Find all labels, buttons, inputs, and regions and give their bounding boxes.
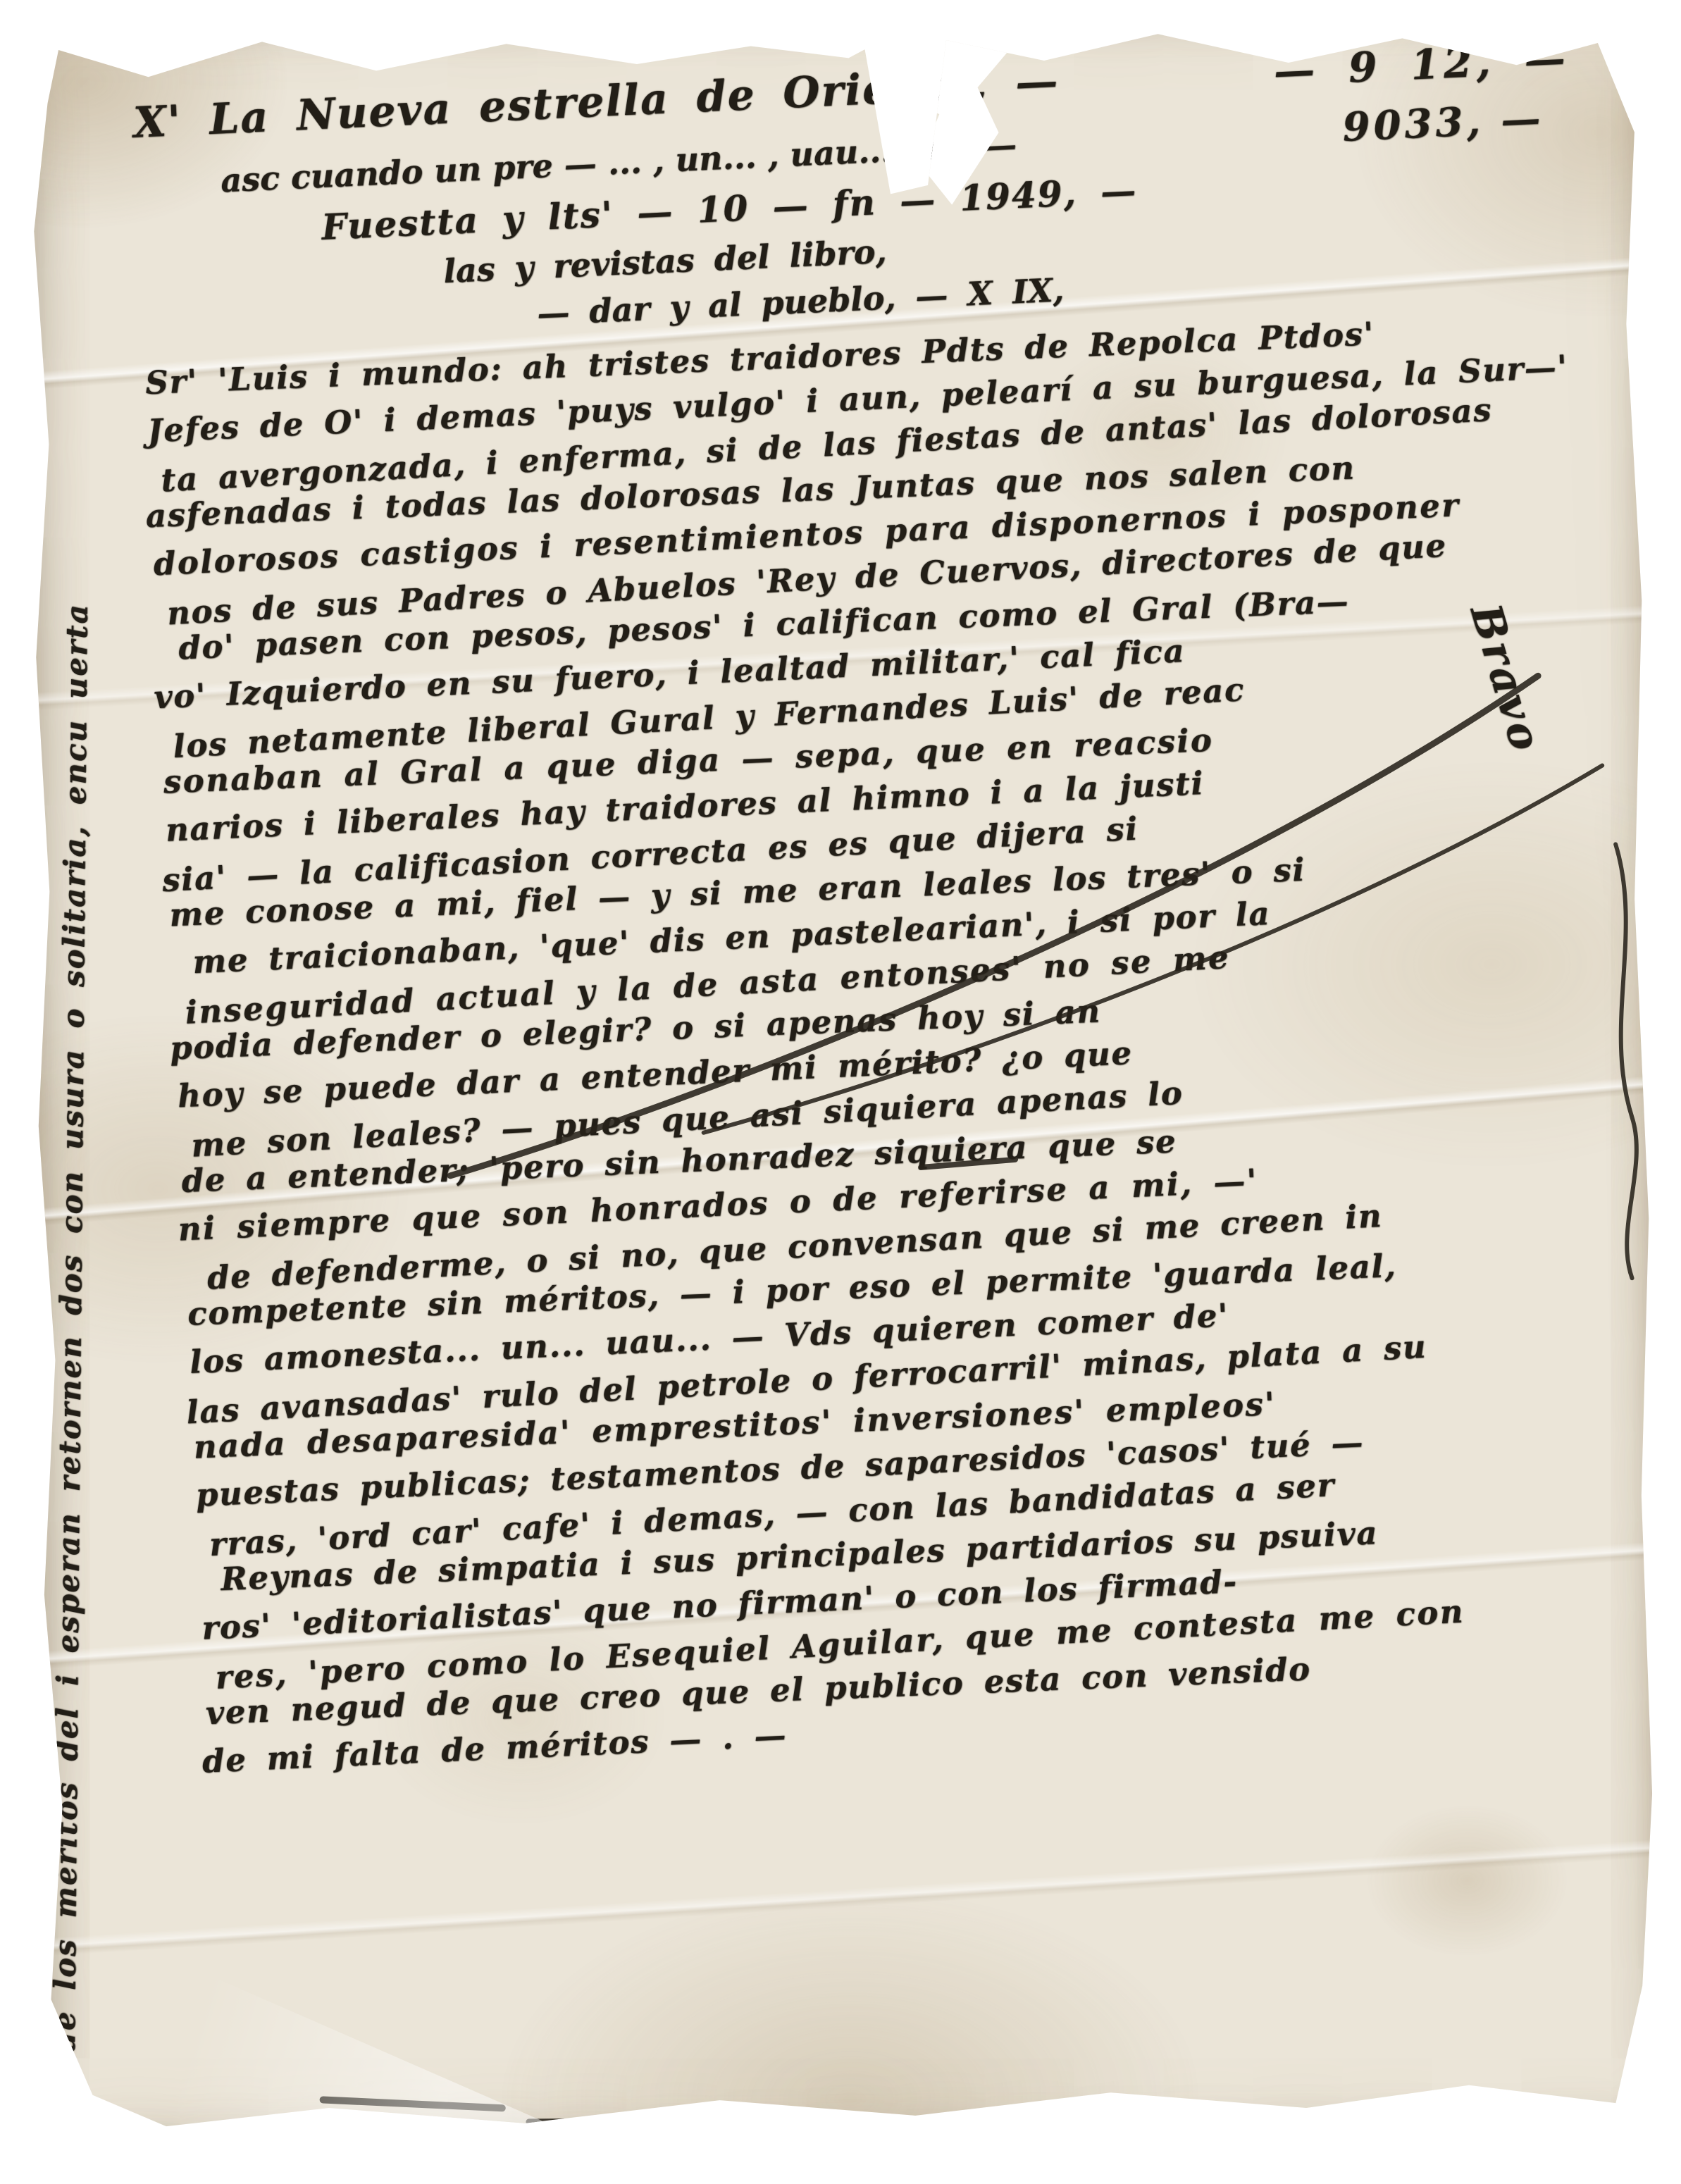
letter-page: X' La Nueva estrella de Oriente, — — 9 1… xyxy=(18,4,1665,2149)
scan-background: X' La Nueva estrella de Oriente, — — 9 1… xyxy=(0,0,1681,2184)
header-number-912: — 9 12, — xyxy=(1272,24,1571,105)
letter-body: Sr' 'Luis i mundo: ah tristes traidores … xyxy=(144,299,1644,1783)
header-number-9033: 9033, — xyxy=(1341,93,1545,153)
letter-text: X' La Nueva estrella de Oriente, — — 9 1… xyxy=(132,24,1644,1783)
left-margin-note: i de los méritos del i esperan retornen … xyxy=(46,603,94,2085)
bottom-left-fold xyxy=(48,1900,585,2145)
crease-line xyxy=(0,1836,1681,1960)
